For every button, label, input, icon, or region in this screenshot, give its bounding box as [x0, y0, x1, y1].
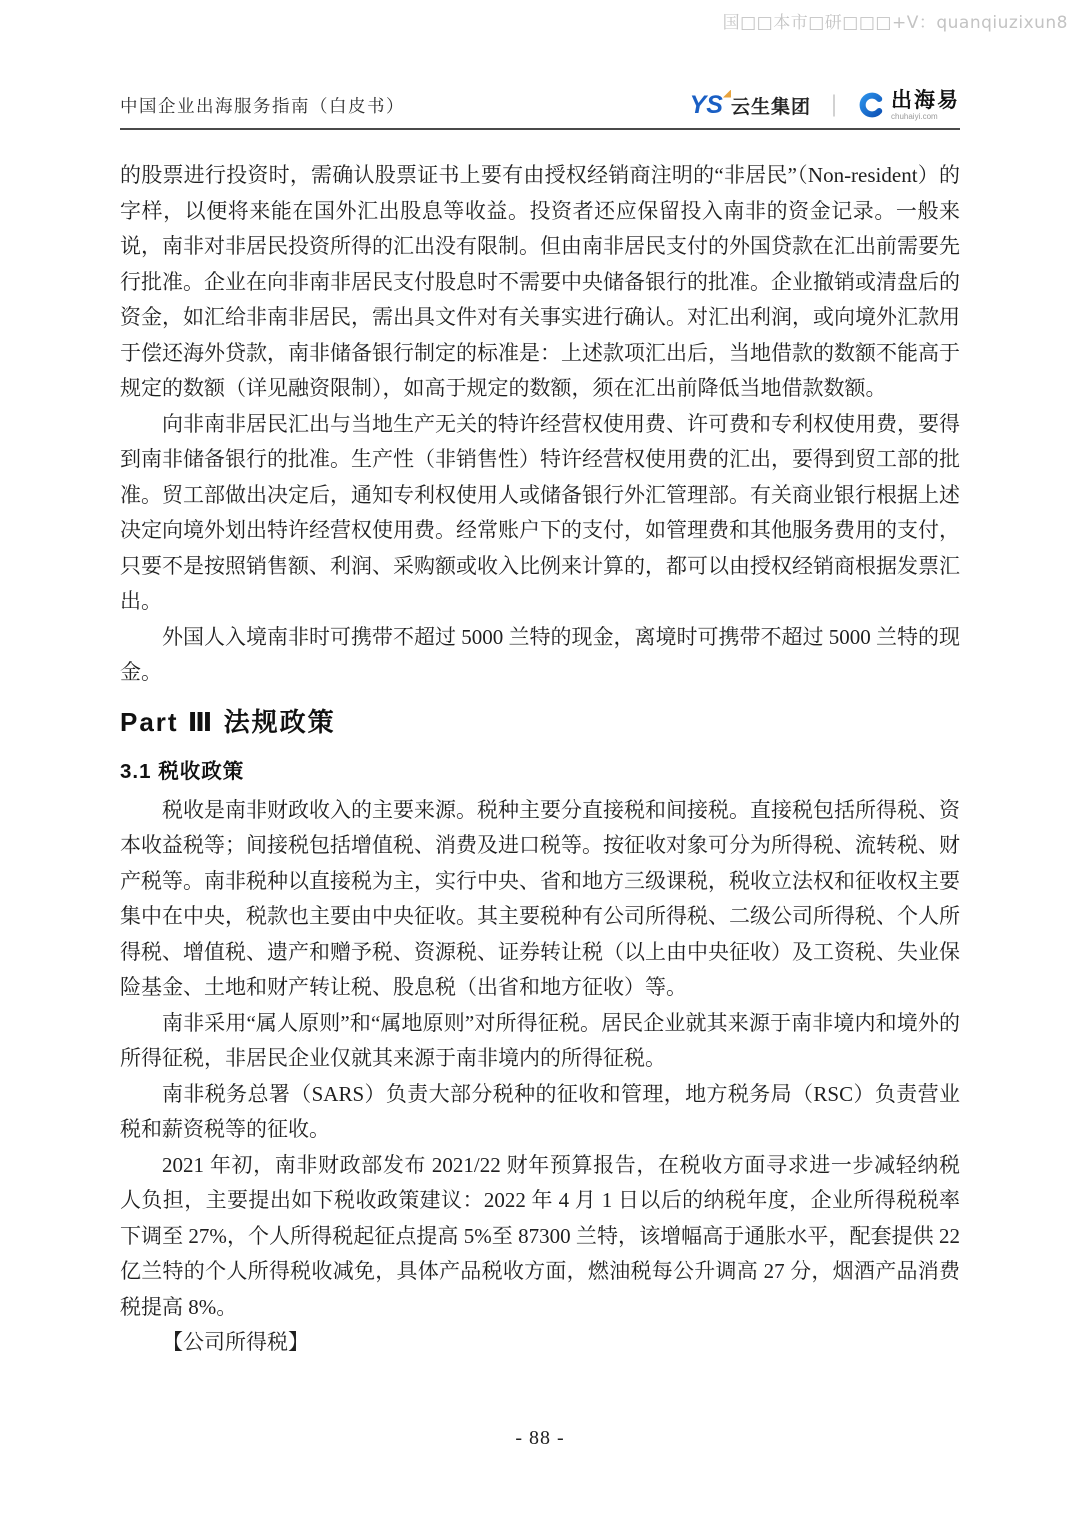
section-heading: 3.1 税收政策 [120, 757, 960, 787]
chuhaiyi-logo-text: 出海易 chuhaiyi.com [891, 90, 960, 121]
page-number: - 88 - [0, 1427, 1080, 1450]
logo-divider: ｜ [823, 90, 845, 121]
chuhaiyi-name: 出海易 [891, 90, 960, 111]
part-heading: Part Ⅲ 法规政策 [120, 703, 960, 741]
document-title: 中国企业出海服务指南（白皮书） [120, 93, 405, 118]
chuhaiyi-logo: 出海易 chuhaiyi.com [857, 90, 960, 121]
body-content: 的股票进行投资时，需确认股票证书上要有由授权经销商注明的“非居民”（Non-re… [120, 158, 960, 1361]
chuhaiyi-logo-icon [857, 90, 891, 120]
body-paragraph: 向非南非居民汇出与当地生产无关的特许经营权使用费、许可费和专利权使用费，要得到南… [120, 407, 960, 620]
ys-logo-mark: YS [690, 93, 731, 118]
body-paragraph: 2021 年初，南非财政部发布 2021/22 财年预算报告，在税收方面寻求进一… [120, 1148, 960, 1326]
body-paragraph: 南非采用“属人原则”和“属地原则”对所得征税。居民企业就其来源于南非境内和境外的… [120, 1006, 960, 1077]
chuhaiyi-domain: chuhaiyi.com [891, 113, 960, 121]
ys-accent-icon [723, 90, 731, 98]
page-header: 中国企业出海服务指南（白皮书） YS 云生集团 ｜ [120, 82, 960, 130]
header-logos: YS 云生集团 ｜ 出海易 [690, 90, 960, 121]
ys-company-name: 云生集团 [731, 92, 811, 119]
document-page: 国□□本市□研□□□+V：quanqiuzixun8 中国企业出海服务指南（白皮… [0, 0, 1080, 1525]
body-paragraph: 【公司所得税】 [120, 1325, 960, 1361]
watermark-text: 国□□本市□研□□□+V：quanqiuzixun8 [723, 8, 1068, 33]
body-paragraph: 税收是南非财政收入的主要来源。税种主要分直接税和间接税。直接税包括所得税、资本收… [120, 793, 960, 1006]
body-paragraph: 的股票进行投资时，需确认股票证书上要有由授权经销商注明的“非居民”（Non-re… [120, 158, 960, 407]
body-paragraph: 南非税务总署（SARS）负责大部分税种的征收和管理，地方税务局（RSC）负责营业… [120, 1077, 960, 1148]
body-paragraph: 外国人入境南非时可携带不超过 5000 兰特的现金，离境时可携带不超过 5000… [120, 620, 960, 691]
